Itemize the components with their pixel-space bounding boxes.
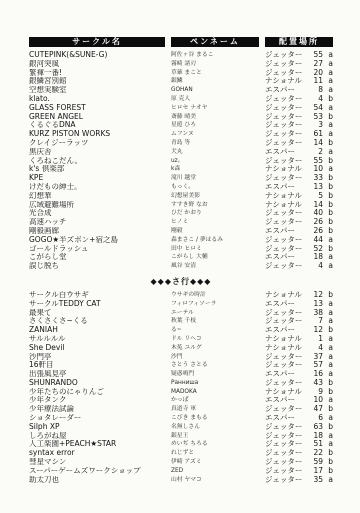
- table-header-row: サークル名 ペンネーム 配置場所: [29, 37, 333, 47]
- penname-cell: 霧崎 諸刃: [171, 60, 259, 69]
- penname-cell: 原 克人: [171, 95, 259, 104]
- circle-name-cell: 16軒目: [29, 361, 165, 370]
- table-row: 助太刀也 山村 ヤマコ ジェッター 35 a: [29, 476, 333, 485]
- circle-name-cell: くるぐるDNA: [29, 121, 165, 130]
- penname-cell: すすき野 なお: [171, 201, 259, 210]
- penname-cell: 幻想屋美影: [171, 192, 259, 201]
- circle-name-cell: サークルTEDDY CAT: [29, 300, 165, 309]
- penname-cell: MADOKA: [171, 388, 259, 397]
- circle-name-cell: 緊褌一番!: [29, 69, 165, 78]
- circle-name-cell: 彗星マシン: [29, 458, 165, 467]
- seat-letter: a: [323, 262, 333, 271]
- circle-name-cell: 最果て: [29, 309, 165, 318]
- penname-cell: k森: [171, 165, 259, 174]
- penname-cell: GOHAN: [171, 86, 259, 95]
- circle-name-cell: さくさくさ~くる: [29, 317, 165, 326]
- penname-cell: ムフンヌ: [171, 130, 259, 139]
- circle-name-cell: CUTEPINK(&SUNE-G): [29, 51, 165, 60]
- circle-name-cell: ショタレーダー: [29, 414, 165, 423]
- penname-cell: 銀鱗: [171, 77, 259, 86]
- circle-list-table: サークル名 ペンネーム 配置場所 CUTEPINK(&SUNE-G) 阿佐ヶ谷 …: [29, 37, 333, 484]
- penname-cell: 秋葉 千枝: [171, 317, 259, 326]
- penname-cell: ZED: [171, 467, 259, 476]
- penname-cell: フィロフィソーラ: [171, 300, 259, 309]
- penname-cell: 斎藤 晴美: [171, 113, 259, 122]
- circle-name-cell: 沙門亭: [29, 353, 165, 362]
- circle-name-cell: 人工楽園+PEACH★STAR: [29, 440, 165, 449]
- circle-name-cell: 銀鱗宮別館: [29, 77, 165, 86]
- section-divider-sa-gyou: ◆◆◆さ行◆◆◆: [29, 276, 333, 287]
- space-number: 4: [310, 262, 323, 271]
- circle-name-cell: しろがね屋: [29, 432, 165, 441]
- penname-cell: エーテル: [171, 309, 259, 318]
- column-header-penname: ペンネーム: [171, 37, 259, 47]
- column-header-placement: 配置場所: [265, 37, 333, 47]
- circle-name-cell: 少年療法試論: [29, 405, 165, 414]
- circle-name-cell: サークル白ウサギ: [29, 291, 165, 300]
- penname-cell: 犬丸: [171, 148, 259, 157]
- penname-cell: uz。: [171, 157, 259, 166]
- penname-cell: れじずと: [171, 449, 259, 458]
- circle-name-cell: Silph XP: [29, 423, 165, 432]
- penname-cell: ひだ かおり: [171, 209, 259, 218]
- circle-name-cell: 光合成: [29, 209, 165, 218]
- penname-cell: さとう さとる: [171, 361, 259, 370]
- circle-name-cell: ゴールドラッシュ: [29, 245, 165, 254]
- penname-cell: 真道寺 軍: [171, 405, 259, 414]
- circle-name-cell: くろねこだん。: [29, 157, 165, 166]
- column-header-circle-name: サークル名: [29, 37, 165, 47]
- penname-cell: 山村 ヤマコ: [171, 476, 259, 485]
- circle-name-cell: こがらし堂: [29, 253, 165, 262]
- circle-name-cell: 剛毅画廊: [29, 227, 165, 236]
- circle-name-cell: サルルルル: [29, 335, 165, 344]
- penname-cell: 剛毅: [171, 227, 259, 236]
- rows-section-1: CUTEPINK(&SUNE-G) 阿佐ヶ谷 まるこ ジェッター 55 a 銀河…: [29, 51, 333, 271]
- penname-cell: 疑惑鳴門: [171, 370, 259, 379]
- penname-cell: 伊崎 アズミ: [171, 458, 259, 467]
- circle-name-cell: 少年タンク: [29, 396, 165, 405]
- penname-cell: Ранниша: [171, 379, 259, 388]
- placement-cell: ジェッター 4 a: [265, 262, 333, 271]
- circle-name-cell: GLASS FOREST: [29, 104, 165, 113]
- space-number: 35: [310, 476, 323, 485]
- venue-text: ジェッター: [265, 476, 310, 485]
- penname-cell: こびき まもる: [171, 414, 259, 423]
- circle-name-cell: クレイジーラッツ: [29, 139, 165, 148]
- penname-cell: ドル リヘコ: [171, 335, 259, 344]
- penname-cell: 銀星王: [171, 432, 259, 441]
- circle-name-cell: 空想実験室: [29, 86, 165, 95]
- penname-cell: 森まさこ / 夢はるみ: [171, 236, 259, 245]
- circle-name-cell: 誤じ脱ち: [29, 262, 165, 271]
- penname-cell: ウサギの時計: [171, 291, 259, 300]
- penname-cell: 青島 等: [171, 139, 259, 148]
- circle-name-cell: KPE: [29, 174, 165, 183]
- circle-name-cell: 高速ハッチ: [29, 218, 165, 227]
- penname-cell: かっぱ: [171, 396, 259, 405]
- circle-name-cell: 出張風見亭: [29, 370, 165, 379]
- penname-cell: 風谷 安清: [171, 262, 259, 271]
- circle-name-cell: けだもの紳士。: [29, 183, 165, 192]
- circle-name-cell: SHUNRANDO: [29, 379, 165, 388]
- rows-section-2: サークル白ウサギ ウサギの時計 ナショナル 12 b サークルTEDDY CAT…: [29, 291, 333, 485]
- circle-name-cell: 広域避難場所: [29, 201, 165, 210]
- table-row: 誤じ脱ち 風谷 安清 ジェッター 4 a: [29, 262, 333, 271]
- venue-text: ジェッター: [265, 262, 310, 271]
- circle-name-cell: syntax error: [29, 449, 165, 458]
- circle-name-cell: 黒庆舎: [29, 148, 165, 157]
- circle-name-cell: GREEN ANGEL: [29, 113, 165, 122]
- circle-name-cell: 少年たちのにゃりんご: [29, 388, 165, 397]
- circle-name-cell: 助太刀也: [29, 476, 165, 485]
- circle-name-cell: 幻想華: [29, 192, 165, 201]
- circle-name-cell: 銀河突風: [29, 60, 165, 69]
- scanned-page: サークル名 ペンネーム 配置場所 CUTEPINK(&SUNE-G) 阿佐ヶ谷 …: [0, 0, 360, 513]
- penname-cell: 沙門: [171, 353, 259, 362]
- penname-cell: 滝川 越堂: [171, 174, 259, 183]
- penname-cell: 名無しさん: [171, 423, 259, 432]
- circle-name-cell: k's 倶楽部: [29, 165, 165, 174]
- penname-cell: もっく。: [171, 183, 259, 192]
- penname-cell: めいぢ ちろる: [171, 440, 259, 449]
- penname-cell: 草薙 まこと: [171, 69, 259, 78]
- seat-letter: a: [323, 476, 333, 485]
- penname-cell: ヒノミ: [171, 218, 259, 227]
- circle-name-cell: スーパーゲームズワークショップ: [29, 467, 165, 476]
- penname-cell: 星遊 ひろ: [171, 121, 259, 130]
- circle-name-cell: klato.: [29, 95, 165, 104]
- penname-cell: ヒロセ ナオヤ: [171, 104, 259, 113]
- circle-name-cell: GOGO★半ズボン+宿之島: [29, 236, 165, 245]
- penname-cell: こがらし 大輔: [171, 253, 259, 262]
- penname-cell: る~: [171, 326, 259, 335]
- placement-cell: ジェッター 35 a: [265, 476, 333, 485]
- circle-name-cell: She Devil: [29, 344, 165, 353]
- circle-name-cell: ZANIAH: [29, 326, 165, 335]
- penname-cell: 田中 ヒロミ: [171, 245, 259, 254]
- circle-name-cell: KURZ PISTON WORKS: [29, 130, 165, 139]
- penname-cell: 阿佐ヶ谷 まるこ: [171, 51, 259, 60]
- penname-cell: 木菟 ユルグ: [171, 344, 259, 353]
